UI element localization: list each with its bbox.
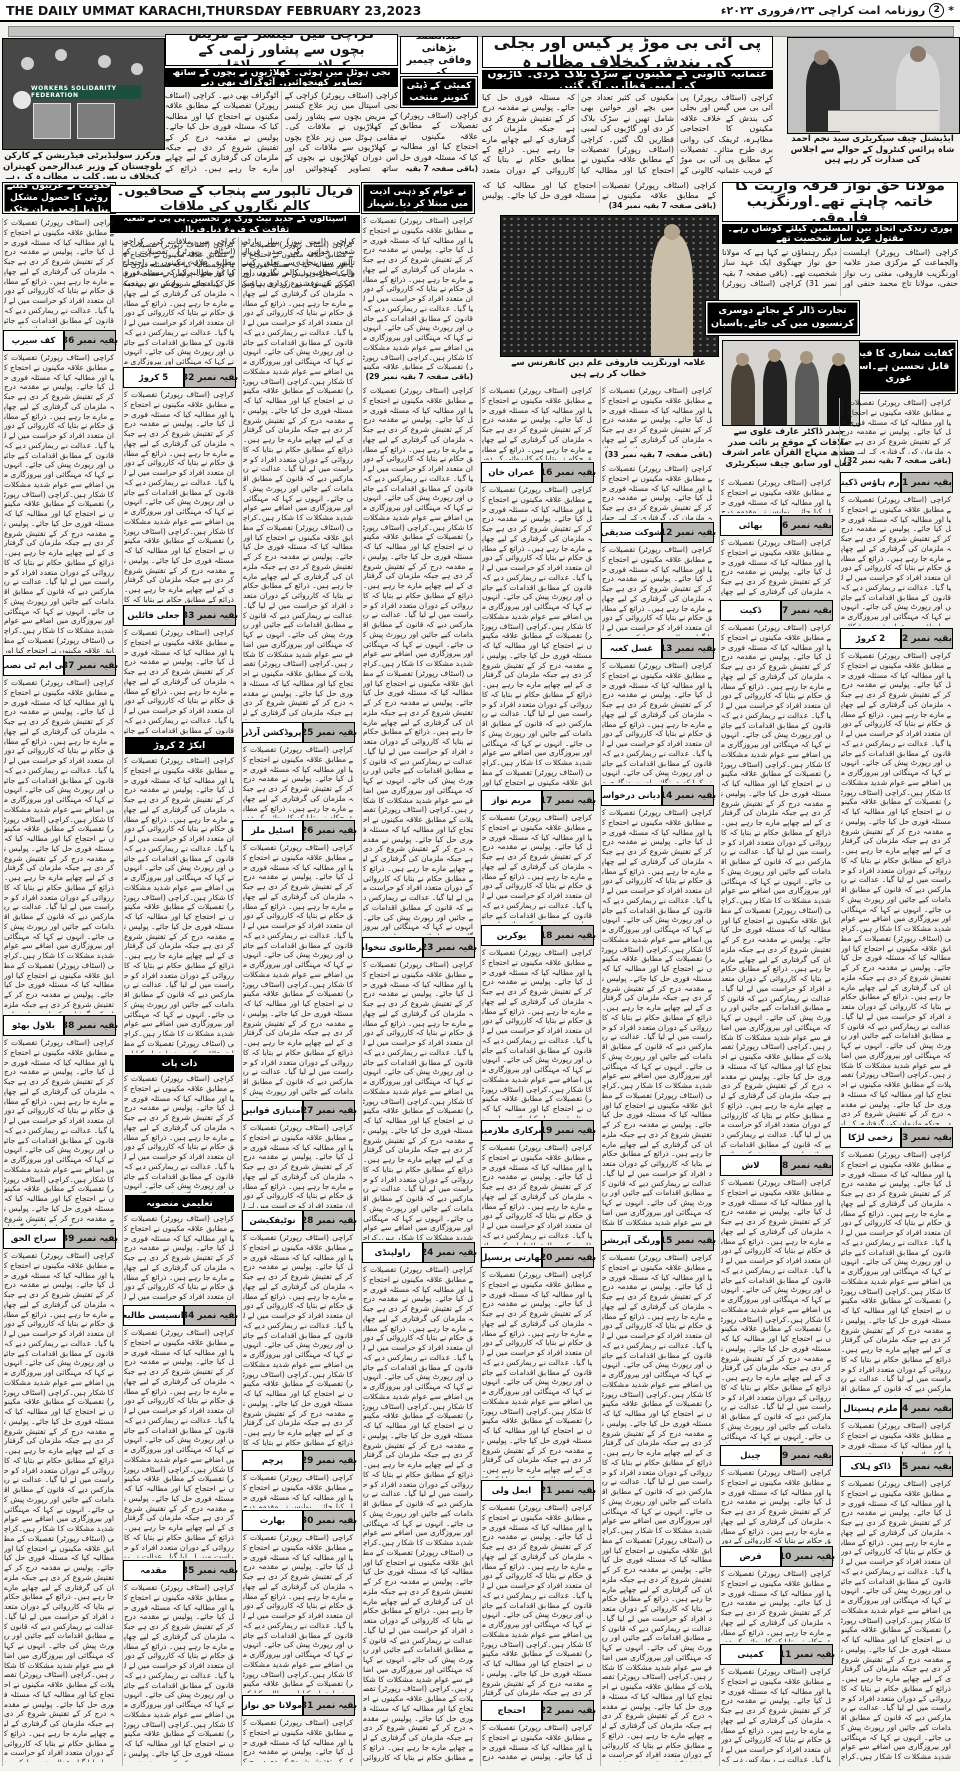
continuation-box: بقیہ نمبر 3زخمی لڑکا (840, 1127, 953, 1148)
continuation-box: بقیہ نمبر 7ڈکیت (720, 600, 833, 621)
body-text: کراچی (اسٹاف رپورٹر) تفصیلات کے مطابق عل… (4, 353, 114, 653)
continuation-box: بقیہ نمبر 325 کروڑ (123, 367, 236, 388)
continuation-box: بقیہ نمبر 34فرانسیسی طالبعلم (123, 1305, 236, 1326)
continuation-title: 5 کروڑ (123, 367, 184, 388)
continuation-number: بقیہ نمبر 32 (184, 367, 236, 388)
continuation-title: نوٹیفکیشن (242, 1210, 303, 1231)
continuation-box: بقیہ نمبر 12شوکت صدیقی (601, 522, 714, 543)
body-text: کراچی (اسٹاف رپورٹر) تفصیلات کے مطابق عل… (243, 843, 353, 1098)
body-text: کراچی (اسٹاف رپورٹر) تفصیلات کے مطابق عل… (124, 1583, 234, 1762)
continuation-box: بقیہ نمبر 14قادیانی درخواست (601, 785, 714, 806)
body-text: کراچی (اسٹاف رپورٹر) تفصیلات کے مطابق عل… (243, 1718, 353, 1762)
news-column: کراچی (اسٹاف رپورٹر) تفصیلات کے مطابق عل… (2, 218, 116, 1766)
body-text: کراچی (اسٹاف رپورٹر) تفصیلات کے مطابق عل… (602, 661, 712, 783)
cancer-story-body: کراچی (اسٹاف رپورٹر) کراچی کے نجی اسپتال… (165, 91, 398, 182)
continuation-number: بقیہ نمبر 2 (901, 628, 953, 649)
cancer-story-headline: کراچی میں کینسر کے مریض بچوں سے پشاور زل… (165, 34, 398, 66)
body-text: کراچی (اسٹاف رپورٹر) تفصیلات کے مطابق عل… (482, 1503, 592, 1698)
body-text: کراچی (اسٹاف رپورٹر) تفصیلات کے مطابق عل… (841, 651, 951, 1125)
continuation-box: بقیہ نمبر 27امتیازی قوانین (242, 1100, 355, 1121)
continuation-title: پروڈکشن آرڈر (242, 722, 303, 743)
continued-on-page-tag: (باقی صفحہ 7 بقیہ نمبر 32) (842, 456, 951, 468)
body-text: کراچی (اسٹاف رپورٹر) تفصیلات کے مطابق عل… (243, 1123, 353, 1208)
continuation-box: بقیہ نمبر 22 کروڑ (840, 628, 953, 649)
continuation-number: بقیہ نمبر 39 (64, 1228, 116, 1249)
continuation-box: بقیہ نمبر 13غسل کعبہ (601, 638, 714, 659)
news-column: کراچی (اسٹاف رپورٹر) تفصیلات کے مطابق عل… (122, 240, 236, 1766)
continuation-box: بقیہ نمبر 21ایمل ولی (481, 1480, 594, 1501)
newspaper-page: THE DAILY UMMAT KARACHI,THURSDAY FEBRUAR… (0, 0, 960, 1771)
continuation-box: بقیہ نمبر 19سرکاری ملازمین (481, 1120, 594, 1141)
continuation-number: بقیہ نمبر 31 (303, 1695, 355, 1716)
continuation-box: بقیہ نمبر 22احتجاج (481, 1700, 594, 1721)
body-text: کراچی (اسٹاف رپورٹر) تفصیلات کے مطابق عل… (602, 386, 712, 448)
continuation-box: بقیہ نمبر 5ڈاکو ہلاک (840, 1456, 953, 1477)
faroqi-story-subhead: پوری زندگی اتحاد بین المسلمین کیلئے کوشا… (722, 224, 958, 244)
news-column: کراچی (اسٹاف رپورٹر) تفصیلات کے مطابق عل… (361, 216, 475, 1766)
continuation-number: بقیہ نمبر 19 (542, 1120, 594, 1141)
pib-story-body: کراچی (اسٹاف رپورٹر) پی آئی بی میں گیس ا… (482, 93, 773, 178)
body-text: کراچی (اسٹاف رپورٹر) تفصیلات کے مطابق عل… (363, 386, 473, 935)
continuation-number: بقیہ نمبر 6 (781, 515, 833, 536)
masthead: THE DAILY UMMAT KARACHI,THURSDAY FEBRUAR… (0, 0, 960, 22)
body-text: کراچی (اسٹاف رپورٹر) تفصیلات کے مطابق عل… (482, 1723, 592, 1762)
protester-head (98, 55, 111, 68)
body-text: کراچی (اسٹاف رپورٹر) تفصیلات کے مطابق عل… (721, 478, 831, 513)
body-text: کراچی (اسٹاف رپورٹر) تفصیلات کے مطابق عل… (841, 1479, 951, 1762)
continued-on-page-tag: (باقی صفحہ 7 بقیہ نمبر 33) (603, 450, 712, 462)
masthead-date-ur: * 2 روزنامہ امت کراچی ۲۳؍فروری ۲۰۲۳ء (721, 3, 954, 18)
protester-head (55, 49, 67, 61)
continuation-box: بقیہ نمبر 24راولپنڈی (362, 1242, 475, 1263)
continuation-number: بقیہ نمبر 8 (781, 1155, 833, 1176)
body-text: کراچی (اسٹاف رپورٹر) تفصیلات کے مطابق عل… (482, 813, 592, 923)
news-column: کراچی (اسٹاف رپورٹر) تفصیلات کے مطابق عل… (480, 386, 594, 1766)
continuation-number: بقیہ نمبر 35 (184, 1560, 236, 1581)
meeting-head (832, 353, 845, 366)
continuation-title: 2 کروڑ (840, 628, 901, 649)
meeting-figure (731, 363, 755, 425)
continuation-box: بقیہ نمبر 30بھارت (242, 1510, 355, 1531)
pib-continuation-tag: (باقی صفحہ 7 بقیہ نمبر 34) (600, 201, 716, 212)
body-text: کراچی (اسٹاف رپورٹر) تفصیلات کے مطابق عل… (363, 960, 473, 1240)
speaker-head (664, 224, 680, 240)
body-text: کراچی (اسٹاف رپورٹر) تفصیلات کے مطابق عل… (124, 390, 234, 603)
continuation-title: بھارتی پرنسپل (481, 1247, 542, 1268)
continuation-box: بقیہ نمبر 29پرچم (242, 1450, 355, 1471)
poster (33, 103, 71, 139)
pib-story-subhead: عثمانیہ کالونی کے مکینوں نے سڑک بلاک کرد… (482, 70, 773, 89)
body-text: کراچی (اسٹاف رپورٹر) تفصیلات کے مطابق عل… (243, 745, 353, 818)
continuation-number: بقیہ نمبر 33 (184, 605, 236, 626)
continuation-number: بقیہ نمبر 5 (901, 1456, 953, 1477)
continuation-box: بقیہ نمبر 36کف سیرپ (3, 330, 116, 351)
continuation-box: بقیہ نمبر 39سراج الحق (3, 1228, 116, 1249)
megaphone-icon (13, 91, 31, 109)
continuation-title: مولانا حق نواز (242, 1695, 303, 1716)
continuation-title: بھائی (720, 515, 781, 536)
continuation-number: بقیہ نمبر 25 (303, 722, 355, 743)
body-text: کراچی (اسٹاف رپورٹر) تفصیلات کے مطابق عل… (721, 1569, 831, 1642)
continuation-number: بقیہ نمبر 27 (303, 1100, 355, 1121)
faryal-story-subhead: اسپتالوں کے جدید نیٹ ورک پر تحسین۔پی پی … (110, 215, 360, 233)
samad-headline-top: عبدالصمد بڑھانی وفاقی چیمبر کی (400, 36, 478, 74)
body-text: کراچی (اسٹاف رپورٹر) تفصیلات کے مطابق عل… (841, 398, 951, 454)
continuation-number: بقیہ نمبر 28 (303, 1210, 355, 1231)
samad-continuation-tag: (باقی صفحہ 7 بقیہ نمبر 35) (404, 164, 478, 175)
continuation-number: بقیہ نمبر 1 (901, 472, 953, 493)
shahbaz-boxed-headline: منی بجٹ اور مہنگائی نے عوام کو ذہنی اذیت… (361, 182, 475, 214)
continuation-title: ڈکیت (720, 600, 781, 621)
body-text: کراچی (اسٹاف رپورٹر) تفصیلات کے مطابق عل… (602, 464, 712, 520)
continuation-number: بقیہ نمبر 38 (64, 1015, 116, 1036)
continuation-number: بقیہ نمبر 4 (901, 1398, 953, 1419)
body-text: کراچی (اسٹاف رپورٹر) تفصیلات کے مطابق عل… (124, 240, 234, 365)
meeting-head (768, 349, 781, 362)
continuation-number: بقیہ نمبر 17 (542, 790, 594, 811)
poster (77, 103, 115, 139)
continuation-number: بقیہ نمبر 37 (64, 655, 116, 676)
continuation-title: چینل (720, 1445, 781, 1466)
continuation-title: مقدمہ (123, 1560, 184, 1581)
continuation-title: قرض (720, 1546, 781, 1567)
continuation-number: بقیہ نمبر 9 (781, 1445, 833, 1466)
body-text: کراچی (اسٹاف رپورٹر) تفصیلات کے مطابق عل… (602, 1253, 712, 1762)
news-column: کراچی (اسٹاف رپورٹر) تفصیلات کے مطابق عل… (719, 478, 833, 1766)
body-text: کراچی (اسٹاف رپورٹر) تفصیلات کے مطابق عل… (841, 1150, 951, 1396)
body-text: کراچی (اسٹاف رپورٹر) تفصیلات کے مطابق عل… (721, 1468, 831, 1544)
continuation-box: بقیہ نمبر 33جعلی فائلیں (123, 605, 236, 626)
body-text: کراچی (اسٹاف رپورٹر) تفصیلات کے مطابق عل… (602, 545, 712, 636)
mini-headline: ایکڑ 2 کروڑ (125, 737, 234, 754)
continuation-box: بقیہ نمبر 1فارم ہاؤس ڈکیتی (840, 472, 953, 493)
signing-photo-caption: ایڈیشنل چیف سیکریٹری سید نجم احمد شاہ پر… (787, 134, 958, 176)
body-text: کراچی (اسٹاف رپورٹر) تفصیلات کے مطابق عل… (721, 623, 831, 1153)
meeting-photo-caption: صدر ڈاکٹر عارف علوی سے ملاقات کے موقع پر… (719, 427, 858, 471)
continuation-box: بقیہ نمبر 37پی ایم ٹی نصب (3, 655, 116, 676)
continuation-box: بقیہ نمبر 8لاش (720, 1155, 833, 1176)
body-text: کراچی (اسٹاف رپورٹر) تفصیلات کے مطابق عل… (243, 240, 353, 720)
continuation-title: کف سیرپ (3, 330, 64, 351)
continuation-title: لاش (720, 1155, 781, 1176)
body-text: کراچی (اسٹاف رپورٹر) تفصیلات کے مطابق عل… (363, 1265, 473, 1762)
continuation-box: بقیہ نمبر 31مولانا حق نواز (242, 1695, 355, 1716)
body-text: کراچی (اسٹاف رپورٹر) تفصیلات کے مطابق عل… (4, 1038, 114, 1226)
body-text: کراچی (اسٹاف رپورٹر) تفصیلات کے مطابق عل… (124, 1214, 234, 1303)
page-number-badge: 2 (929, 3, 944, 18)
signing-photo (787, 37, 960, 134)
continuation-number: بقیہ نمبر 36 (64, 330, 116, 351)
body-text: کراچی (اسٹاف رپورٹر) تفصیلات کے مطابق عل… (4, 678, 114, 1013)
body-text: کراچی (اسٹاف رپورٹر) تفصیلات کے مطابق عل… (4, 218, 114, 328)
continuation-number: بقیہ نمبر 21 (542, 1480, 594, 1501)
workers-photo-caption: ورکرز سولیڈیرٹی فیڈریشن کے کارکن بلوچستا… (2, 151, 163, 179)
continuation-title: جعلی فائلیں (123, 605, 184, 626)
continuation-title: کمپنی (720, 1644, 781, 1665)
continuation-box: بقیہ نمبر 10قرض (720, 1546, 833, 1567)
star-icon: * (948, 4, 954, 17)
khattak-boxed-headline: حکومت نے غریبوں کیلئے روٹی کا حصول مشکل … (2, 182, 116, 214)
body-text: کراچی (اسٹاف رپورٹر) تفصیلات کے مطابق عل… (243, 1533, 353, 1693)
continuation-number: بقیہ نمبر 20 (542, 1247, 594, 1268)
body-text: کراچی (اسٹاف رپورٹر) تفصیلات کے مطابق عل… (841, 1421, 951, 1454)
mini-headline: ذات پات (125, 1055, 234, 1072)
pib-story-headline: پی آئی بی موڑ پر گیس اور بجلی کی بندش کی… (482, 36, 773, 68)
continuation-box: بقیہ نمبر 25پروڈکشن آرڈر (242, 722, 355, 743)
continuation-title: اسٹیل ملز (242, 820, 303, 841)
pib-story-body-more: کراچی (اسٹاف رپورٹر) تفصیلات کے مطابق عل… (482, 181, 716, 203)
body-text: کراچی (اسٹاف رپورٹر) تفصیلات کے مطابق عل… (124, 1328, 234, 1558)
meeting-head (800, 351, 813, 364)
continuation-title: بھارت (242, 1510, 303, 1531)
continuation-number: بقیہ نمبر 16 (542, 462, 594, 483)
continuation-number: بقیہ نمبر 30 (303, 1510, 355, 1531)
official-head (814, 50, 829, 65)
divider-bar (8, 26, 954, 37)
continuation-title: مریم نواز (481, 790, 542, 811)
continuation-title: بلاول بھٹو (3, 1015, 64, 1036)
continuation-number: بقیہ نمبر 18 (542, 925, 594, 946)
meeting-figure (763, 359, 787, 425)
continuation-number: بقیہ نمبر 15 (662, 1230, 714, 1251)
body-text: کراچی (اسٹاف رپورٹر) تفصیلات کے مطابق عل… (721, 1667, 831, 1762)
continuation-title: ایمل ولی (481, 1480, 542, 1501)
body-text: کراچی (اسٹاف رپورٹر) تفصیلات کے مطابق عل… (602, 808, 712, 1228)
body-text: کراچی (اسٹاف رپورٹر) تفصیلات کے مطابق عل… (841, 495, 951, 626)
continuation-number: بقیہ نمبر 10 (781, 1546, 833, 1567)
continuation-box: بقیہ نمبر 20بھارتی پرنسپل (481, 1247, 594, 1268)
continuation-title: ڈاکو ہلاک (840, 1456, 901, 1477)
body-text: کراچی (اسٹاف رپورٹر) تفصیلات کے مطابق عل… (363, 216, 473, 370)
continuation-title: امتیازی قوانین (242, 1100, 303, 1121)
body-text: کراچی (اسٹاف رپورٹر) تفصیلات کے مطابق عل… (721, 1178, 831, 1443)
continuation-box: بقیہ نمبر 26اسٹیل ملز (242, 820, 355, 841)
body-text: کراچی (اسٹاف رپورٹر) تفصیلات کے مطابق عل… (243, 1473, 353, 1508)
body-text: کراچی (اسٹاف رپورٹر) تفصیلات کے مطابق عل… (124, 628, 234, 735)
workers-protest-photo: WORKERS SOLIDARITY FEDERATION (2, 38, 165, 150)
continuation-title: راولپنڈی (362, 1242, 423, 1263)
meeting-figure (795, 361, 819, 425)
continuation-title: یوکرین (481, 925, 542, 946)
continuation-number: بقیہ نمبر 11 (781, 1644, 833, 1665)
pasban-boxed-headline: تجارت ڈالر کے بجائے دوسری کرنسیوں میں کی… (705, 300, 860, 336)
continuation-number: بقیہ نمبر 26 (303, 820, 355, 841)
continuation-title: اورنگی آپریشن (601, 1230, 662, 1251)
official-head (910, 46, 926, 62)
continuation-title: زخمی لڑکا (840, 1127, 901, 1148)
banner-text: WORKERS SOLIDARITY FEDERATION (31, 85, 141, 99)
body-text: کراچی (اسٹاف رپورٹر) تفصیلات کے مطابق عل… (4, 1251, 114, 1762)
news-column: کراچی (اسٹاف رپورٹر) تفصیلات کے مطابق عل… (600, 386, 714, 1766)
continuation-number: بقیہ نمبر 29 (303, 1450, 355, 1471)
continuation-title: پرچم (242, 1450, 303, 1471)
continuation-title: برطانوی تنخواہ (362, 937, 423, 958)
continuation-box: بقیہ نمبر 17مریم نواز (481, 790, 594, 811)
rally-photo-caption: علامہ اورنگزیب فاروقی علم دین کانفرنس سے… (500, 358, 717, 382)
continuation-number: بقیہ نمبر 34 (184, 1305, 236, 1326)
cancer-story-subhead: نجی ہوٹل میں ہوئی۔ کھلاڑیوں نے بچوں کے س… (165, 68, 398, 87)
continuation-number: بقیہ نمبر 7 (781, 600, 833, 621)
body-text: کراچی (اسٹاف رپورٹر) تفصیلات کے مطابق عل… (482, 386, 592, 460)
continuation-number: بقیہ نمبر 22 (542, 1700, 594, 1721)
continuation-box: بقیہ نمبر 23برطانوی تنخواہ (362, 937, 475, 958)
continuation-number: بقیہ نمبر 23 (423, 937, 475, 958)
body-text: کراچی (اسٹاف رپورٹر) تفصیلات کے مطابق عل… (482, 1143, 592, 1245)
samad-headline-bottom: کمیٹی کے ڈپٹی کنوینر منتخب (400, 76, 478, 108)
protester-head (21, 57, 34, 70)
continuation-title: پی ایم ٹی نصب (3, 655, 64, 676)
speaker-figure (651, 234, 693, 356)
continued-on-page-tag: (باقی صفحہ 7 بقیہ نمبر 29) (364, 372, 473, 384)
continuation-box: بقیہ نمبر 38بلاول بھٹو (3, 1015, 116, 1036)
rally-photo (500, 215, 719, 357)
continuation-title: غسل کعبہ (601, 638, 662, 659)
faroqi-story-headline: مولانا حق نواز فرقہ واریت کا خاتمہ چاہتے… (722, 182, 958, 222)
protester-head (131, 63, 143, 75)
meeting-head (736, 353, 749, 366)
continuation-box: بقیہ نمبر 15اورنگی آپریشن (601, 1230, 714, 1251)
body-text: کراچی (اسٹاف رپورٹر) تفصیلات کے مطابق عل… (124, 756, 234, 1053)
continuation-number: بقیہ نمبر 12 (662, 522, 714, 543)
continuation-title: فارم ہاؤس ڈکیتی (840, 472, 901, 493)
continuation-title: ملزم ہسپتال (840, 1398, 901, 1419)
continuation-title: عمران خان (481, 462, 542, 483)
body-text: کراچی (اسٹاف رپورٹر) تفصیلات کے مطابق عل… (124, 1074, 234, 1193)
continuation-number: بقیہ نمبر 14 (662, 785, 714, 806)
continuation-box: بقیہ نمبر 9چینل (720, 1445, 833, 1466)
continuation-title: فرانسیسی طالبعلم (123, 1305, 184, 1326)
masthead-title-en: THE DAILY UMMAT KARACHI,THURSDAY FEBRUAR… (6, 3, 421, 18)
body-text: کراچی (اسٹاف رپورٹر) تفصیلات کے مطابق عل… (482, 485, 592, 788)
body-text: کراچی (اسٹاف رپورٹر) تفصیلات کے مطابق عل… (721, 538, 831, 598)
desk (828, 110, 938, 131)
continuation-title: سرکاری ملازمین (481, 1120, 542, 1141)
masthead-date-text: روزنامہ امت کراچی ۲۳؍فروری ۲۰۲۳ء (721, 4, 925, 17)
continuation-title: احتجاج (481, 1700, 542, 1721)
continuation-number: بقیہ نمبر 24 (423, 1242, 475, 1263)
continuation-box: بقیہ نمبر 28نوٹیفکیشن (242, 1210, 355, 1231)
continuation-box: بقیہ نمبر 16عمران خان (481, 462, 594, 483)
news-column: کراچی (اسٹاف رپورٹر) تفصیلات کے مطابق عل… (241, 240, 355, 1766)
continuation-box: بقیہ نمبر 18یوکرین (481, 925, 594, 946)
continuation-title: قادیانی درخواست (601, 785, 662, 806)
continuation-number: بقیہ نمبر 3 (901, 1127, 953, 1148)
samad-body: کراچی (اسٹاف رپورٹر) تفصیلات کے مطابق عل… (400, 111, 478, 163)
continuation-box: بقیہ نمبر 6بھائی (720, 515, 833, 536)
continuation-box: بقیہ نمبر 35مقدمہ (123, 1560, 236, 1581)
faroqi-story-body: کراچی (اسٹاف رپورٹر) اہلسنت والجماعت کے … (722, 248, 958, 296)
continuation-box: بقیہ نمبر 11کمپنی (720, 1644, 833, 1665)
body-text: کراچی (اسٹاف رپورٹر) تفصیلات کے مطابق عل… (243, 1233, 353, 1448)
continuation-title: شوکت صدیقی (601, 522, 662, 543)
continuation-title: سراج الحق (3, 1228, 64, 1249)
news-column: کراچی (اسٹاف رپورٹر) تفصیلات کے مطابق عل… (839, 398, 953, 1766)
body-text: کراچی (اسٹاف رپورٹر) تفصیلات کے مطابق عل… (482, 948, 592, 1118)
body-text: کراچی (اسٹاف رپورٹر) تفصیلات کے مطابق عل… (482, 1270, 592, 1478)
faryal-story-headline: فریال تالپور سے پنجاب کے صحافیوں۔کالم نگ… (110, 185, 360, 213)
mini-headline: تعلیمی منصوبہ (125, 1195, 234, 1212)
continuation-box: بقیہ نمبر 4ملزم ہسپتال (840, 1398, 953, 1419)
continuation-number: بقیہ نمبر 13 (662, 638, 714, 659)
